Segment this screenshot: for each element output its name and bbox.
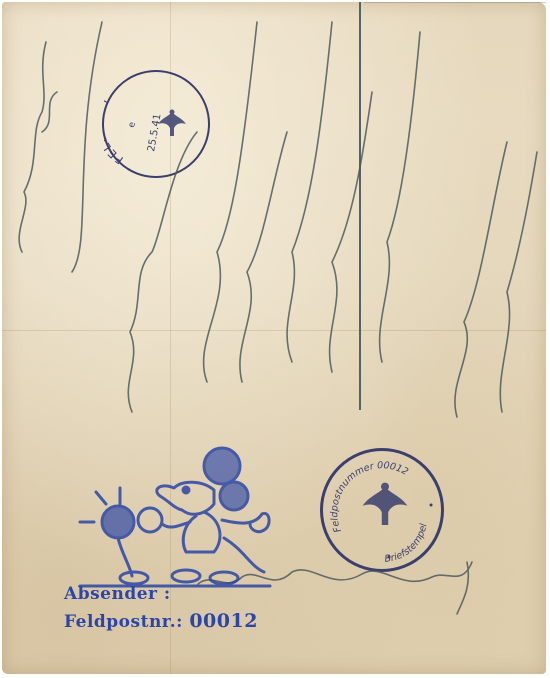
fieldpost-number: 00012 — [189, 610, 258, 632]
fieldpost-line: Feldpostnr.: 00012 — [64, 610, 258, 632]
fieldpost-label: Feldpostnr.: — [64, 612, 183, 632]
cartoon-mouse-stamp-icon — [74, 430, 274, 590]
sender-label: Absender : — [64, 584, 171, 604]
envelope: FELDPOST e 25.5.41 Feldpostnummer 00012 … — [2, 2, 546, 674]
